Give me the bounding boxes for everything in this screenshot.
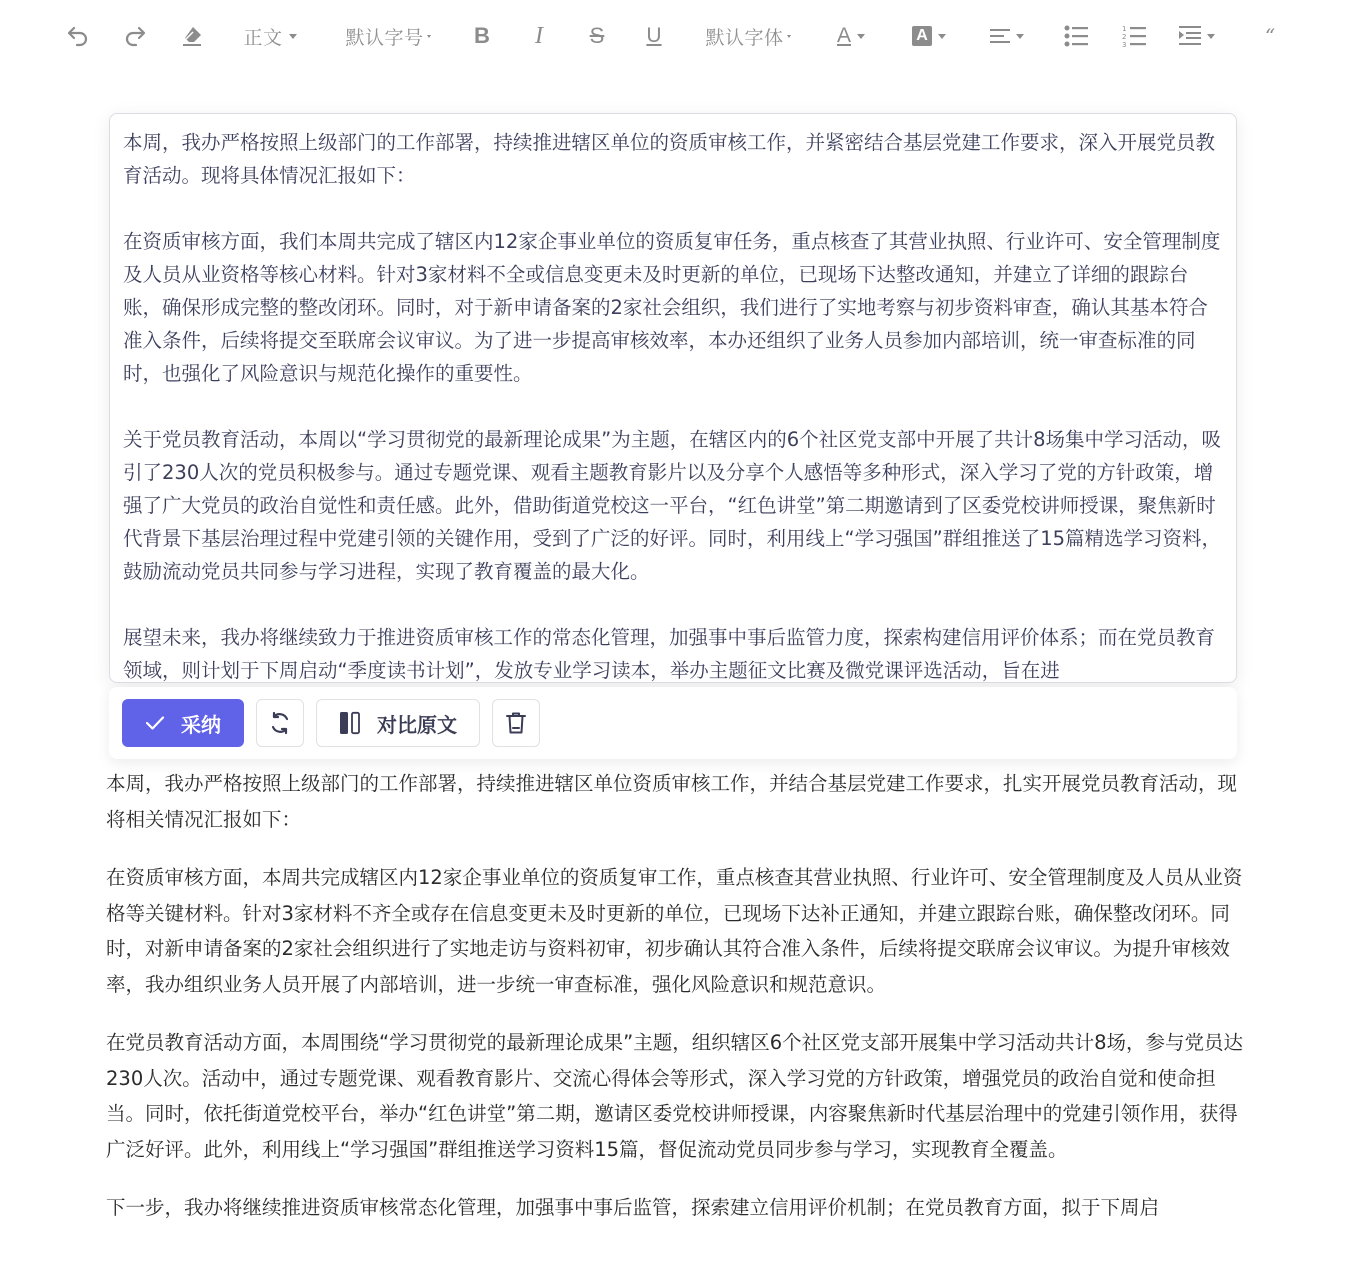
- document-paragraph: 本周，我办严格按照上级部门的工作部署，持续推进辖区单位资质审核工作，并结合基层党…: [106, 766, 1246, 837]
- quote-icon: “: [1265, 24, 1275, 48]
- italic-icon: I: [535, 23, 543, 50]
- chevron-down-icon: [787, 35, 791, 38]
- align-left-icon: [990, 28, 1010, 44]
- suggestion-paragraph: 关于党员教育活动，本周以“学习贯彻党的最新理论成果”为主题，在辖区内的6个社区党…: [123, 423, 1225, 588]
- accept-button[interactable]: 采纳: [122, 699, 244, 747]
- ai-suggestion-panel[interactable]: 本周，我办严格按照上级部门的工作部署，持续推进辖区单位的资质审核工作，并紧密结合…: [109, 113, 1237, 683]
- ordered-list-button[interactable]: 123: [1120, 18, 1148, 54]
- italic-button[interactable]: I: [525, 18, 553, 54]
- document-paragraph: 在资质审核方面，本周共完成辖区内12家企事业单位的资质复审工作，重点核查其营业执…: [106, 860, 1246, 1002]
- accept-label: 采纳: [181, 709, 221, 738]
- svg-text:2: 2: [1122, 33, 1126, 41]
- undo-icon: [66, 25, 90, 47]
- chevron-down-icon: [1207, 34, 1215, 39]
- compare-original-label: 对比原文: [377, 709, 457, 738]
- quote-button[interactable]: “: [1256, 18, 1284, 54]
- paragraph-style-value: 正文: [243, 23, 282, 50]
- font-family-value: 默认字体: [705, 23, 783, 50]
- redo-button[interactable]: [119, 18, 151, 54]
- undo-button[interactable]: [62, 18, 94, 54]
- strikethrough-button[interactable]: S: [583, 18, 611, 54]
- bold-icon: B: [474, 23, 490, 49]
- clear-format-button[interactable]: [176, 18, 208, 54]
- suggestion-paragraph: 在资质审核方面，我们本周共完成了辖区内12家企事业单位的资质复审任务，重点核查了…: [123, 225, 1225, 390]
- document-paragraph: 在党员教育活动方面，本周围绕“学习贯彻党的最新理论成果”主题，组织辖区6个社区党…: [106, 1025, 1246, 1167]
- chevron-down-icon: [938, 34, 946, 39]
- highlight-color-dropdown[interactable]: A: [908, 18, 950, 54]
- chevron-down-icon: [1016, 34, 1024, 39]
- font-size-value: 默认字号: [345, 23, 423, 50]
- chevron-down-icon: [427, 35, 431, 38]
- ordered-list-icon: 123: [1122, 24, 1146, 48]
- eraser-icon: [180, 24, 204, 48]
- highlight-color-icon: A: [912, 26, 932, 46]
- check-icon: [145, 715, 165, 731]
- trash-icon: [505, 711, 527, 735]
- chevron-down-icon: [857, 34, 865, 39]
- underline-button[interactable]: U: [640, 18, 668, 54]
- bullet-list-icon: [1064, 25, 1088, 47]
- svg-text:3: 3: [1122, 41, 1126, 48]
- paragraph-style-dropdown[interactable]: 正文: [238, 18, 302, 54]
- compare-original-button[interactable]: 对比原文: [316, 699, 480, 747]
- font-size-dropdown[interactable]: 默认字号: [338, 18, 438, 54]
- suggestion-action-bar: 采纳 对比原文: [109, 687, 1237, 759]
- strikethrough-icon: S: [590, 23, 605, 49]
- columns-icon: [339, 711, 361, 735]
- redo-icon: [123, 25, 147, 47]
- bold-button[interactable]: B: [468, 18, 496, 54]
- bullet-list-button[interactable]: [1062, 18, 1090, 54]
- suggestion-paragraph: 本周，我办严格按照上级部门的工作部署，持续推进辖区单位的资质审核工作，并紧密结合…: [123, 126, 1225, 192]
- indent-dropdown[interactable]: [1176, 18, 1218, 54]
- font-color-dropdown[interactable]: A: [830, 18, 872, 54]
- font-color-icon: A: [837, 24, 851, 48]
- delete-suggestion-button[interactable]: [492, 699, 540, 747]
- regenerate-button[interactable]: [256, 699, 304, 747]
- document-paragraph: 下一步，我办将继续推进资质审核常态化管理，加强事中事后监管，探索建立信用评价机制…: [106, 1190, 1246, 1226]
- chevron-down-icon: [289, 34, 297, 39]
- underline-icon: U: [646, 24, 661, 48]
- refresh-icon: [268, 711, 292, 735]
- suggestion-paragraph: 展望未来，我办将继续致力于推进资质审核工作的常态化管理，加强事中事后监管力度，探…: [123, 621, 1225, 683]
- indent-icon: [1179, 26, 1201, 46]
- document-body[interactable]: 本周，我办严格按照上级部门的工作部署，持续推进辖区单位资质审核工作，并结合基层党…: [106, 766, 1246, 1249]
- suggestion-text[interactable]: 本周，我办严格按照上级部门的工作部署，持续推进辖区单位的资质审核工作，并紧密结合…: [123, 126, 1225, 683]
- svg-text:1: 1: [1122, 25, 1126, 33]
- font-family-dropdown[interactable]: 默认字体: [698, 18, 798, 54]
- editor-toolbar: 正文 默认字号 B I S U 默认字体 A A 123 “: [0, 0, 1361, 72]
- align-dropdown[interactable]: [986, 18, 1028, 54]
